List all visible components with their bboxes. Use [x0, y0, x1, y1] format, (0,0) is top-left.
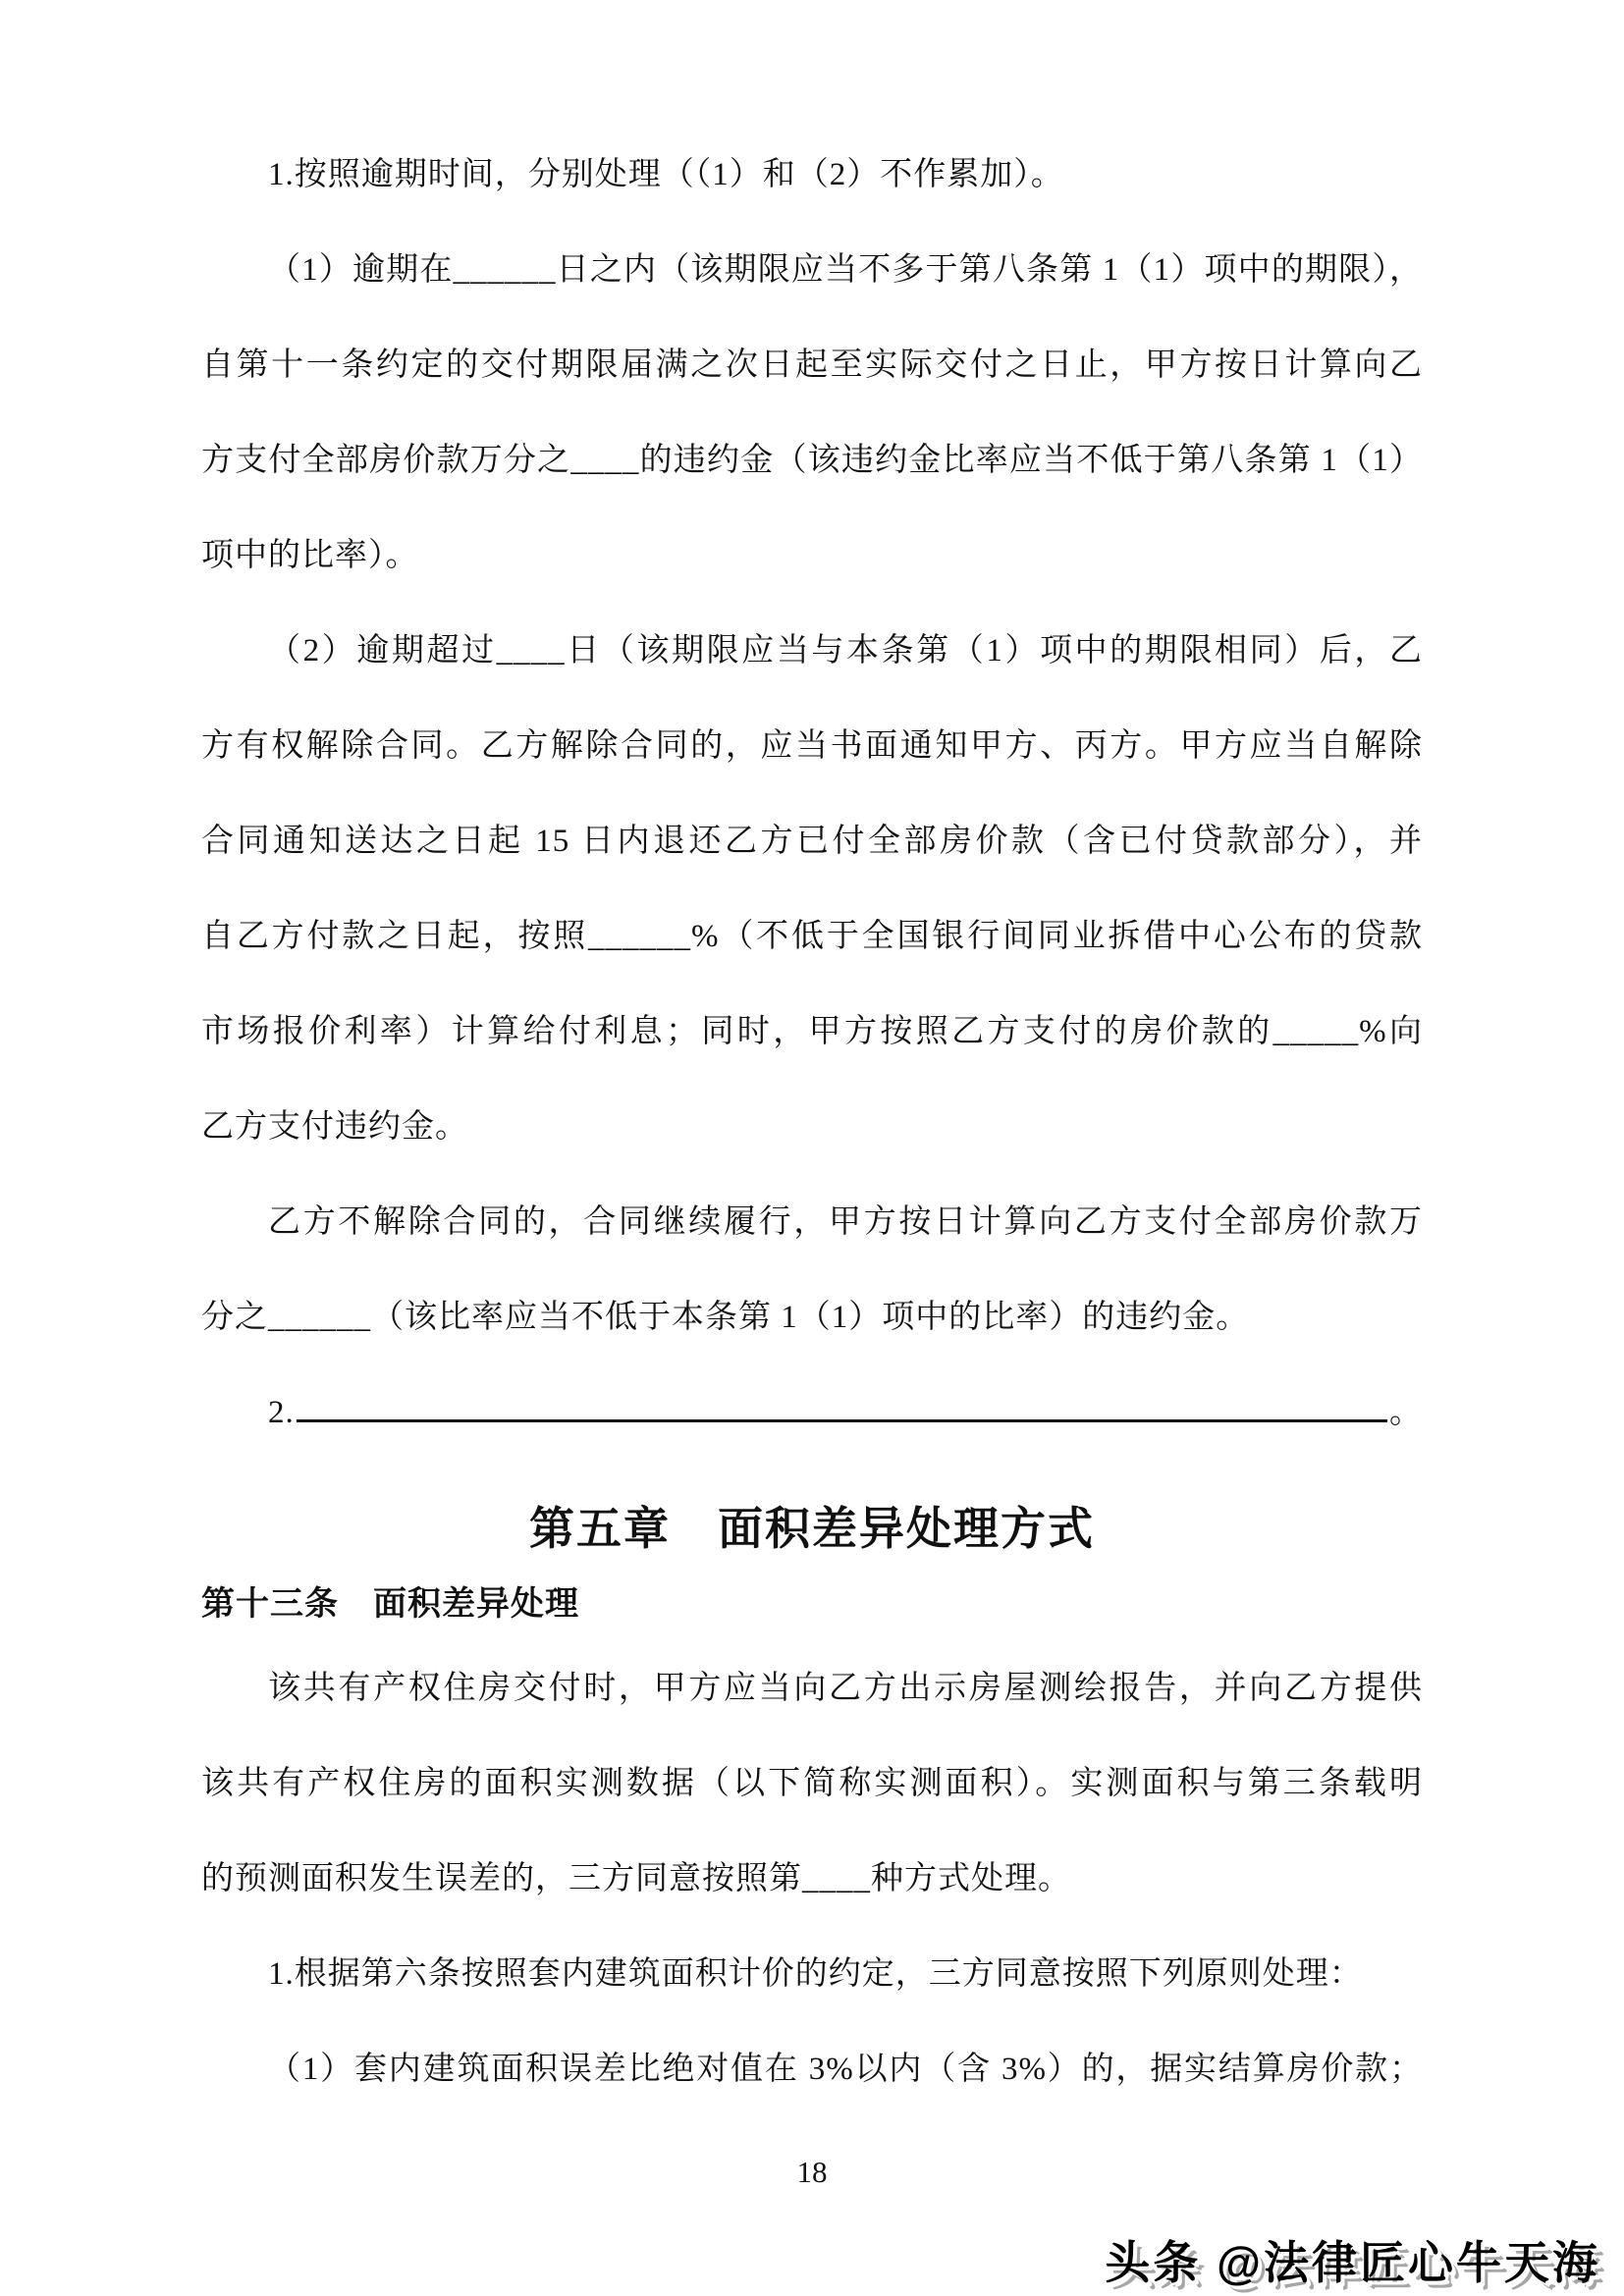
contract-line: 该共有产权住房交付时，甲方应当向乙方出示房屋测绘报告，并向乙方提供: [201, 1641, 1423, 1736]
watermark-text: 头条 @法律匠心牛天海: [1105, 2227, 1600, 2292]
item2-number: 2.: [268, 1365, 295, 1461]
contract-line: （1）逾期在______日之内（该期限应当不多于第八条第 1（1）项中的期限），: [201, 223, 1423, 318]
blank-underline: [297, 1419, 1387, 1422]
contract-body: 1.按照逾期时间，分别处理（（1）和（2）不作累加）。 （1）逾期在______…: [201, 128, 1423, 1639]
page-number: 18: [0, 2155, 1624, 2190]
contract-line: 方有权解除合同。乙方解除合同的，应当书面通知甲方、丙方。甲方应当自解除: [201, 699, 1423, 794]
contract-line: 1.根据第六条按照套内建筑面积计价的约定，三方同意按照下列原则处理：: [201, 1927, 1423, 2022]
contract-line: 分之______（该比率应当不低于本条第 1（1）项中的比率）的违约金。: [201, 1270, 1423, 1365]
chapter-heading: 第五章 面积差异处理方式: [201, 1488, 1423, 1569]
contract-line: 自乙方付款之日起，按照______%（不低于全国银行间同业拆借中心公布的贷款: [201, 889, 1423, 985]
contract-line: 乙方不解除合同的，合同继续履行，甲方按日计算向乙方支付全部房价款万: [201, 1175, 1423, 1270]
contract-line: 乙方支付违约金。: [201, 1080, 1423, 1175]
contract-line: 1.按照逾期时间，分别处理（（1）和（2）不作累加）。: [201, 128, 1423, 223]
contract-line: 方支付全部房价款万分之____的违约金（该违约金比率应当不低于第八条第 1（1）: [201, 413, 1423, 508]
contract-body-continued: 该共有产权住房交付时，甲方应当向乙方出示房屋测绘报告，并向乙方提供 该共有产权住…: [201, 1641, 1423, 2117]
contract-line: 项中的比率）。: [201, 508, 1423, 604]
contract-line: 自第十一条约定的交付期限届满之次日起至实际交付之日止，甲方按日计算向乙: [201, 318, 1423, 413]
section-heading: 第十三条 面积差异处理: [201, 1569, 1423, 1639]
contract-line: 该共有产权住房的面积实测数据（以下简称实测面积）。实测面积与第三条载明: [201, 1736, 1423, 1832]
contract-line: （2）逾期超过____日（该期限应当与本条第（1）项中的期限相同）后，乙: [201, 604, 1423, 699]
contract-line: 合同通知送达之日起 15 日内退还乙方已付全部房价款（含已付贷款部分），并: [201, 794, 1423, 889]
document-page: 1.按照逾期时间，分别处理（（1）和（2）不作累加）。 （1）逾期在______…: [0, 0, 1624, 2296]
contract-line: （1）套内建筑面积误差比绝对值在 3%以内（含 3%）的，据实结算房价款；: [201, 2022, 1423, 2117]
contract-line: 的预测面积发生误差的，三方同意按照第____种方式处理。: [201, 1832, 1423, 1927]
item2-period: 。: [1389, 1365, 1423, 1461]
contract-line: 市场报价利率）计算给付利息；同时，甲方按照乙方支付的房价款的_____%向: [201, 985, 1423, 1080]
contract-line-item2: 2. 。: [201, 1365, 1423, 1461]
